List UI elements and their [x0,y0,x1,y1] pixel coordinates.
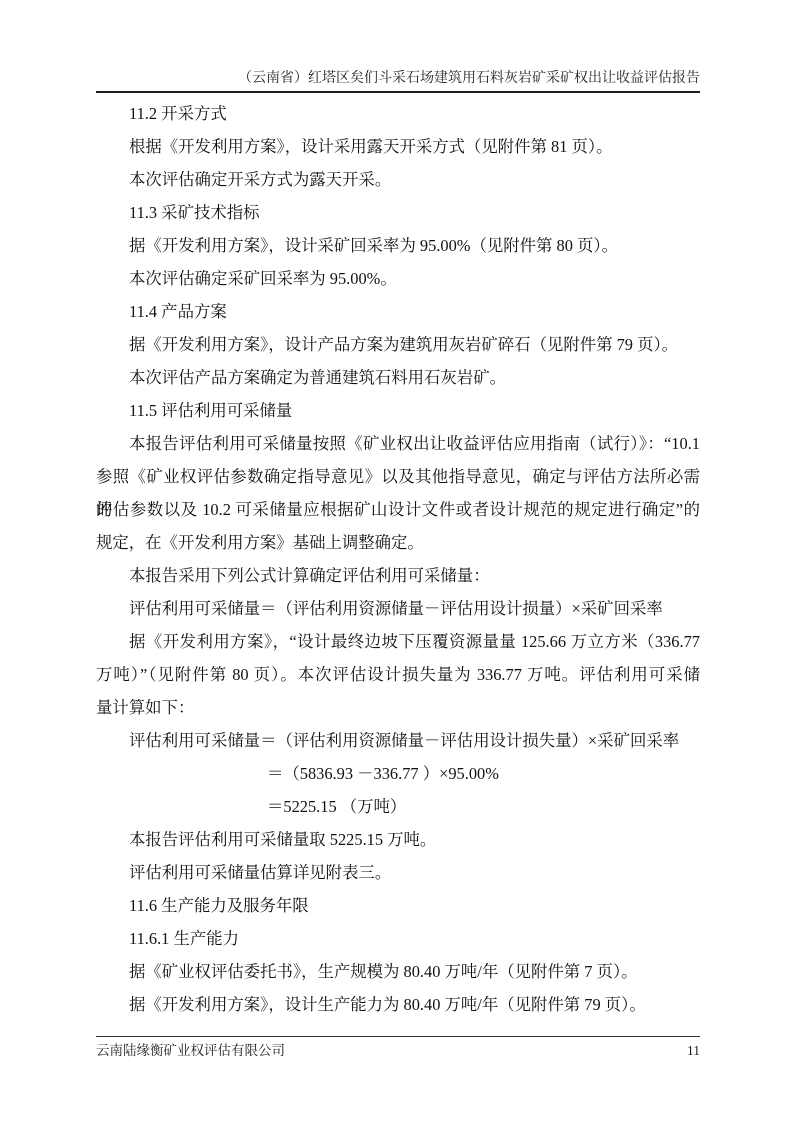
page-header-title: （云南省）红塔区矣们斗采石场建筑用石料灰岩矿采矿权出让收益评估报告 [96,70,700,93]
page-footer: 云南陆缘衡矿业权评估有限公司 11 [96,1036,700,1059]
paragraph-line: 据《开发利用方案》，设计产品方案为建筑用灰岩矿碎石（见附件第 79 页）。 [96,328,700,361]
paragraph-line: 规定，在《开发利用方案》基础上调整确定。 [96,526,700,559]
paragraph-line: 参照《矿业权评估参数确定指导意见》以及其他指导意见，确定与评估方法所必需的 [96,460,700,493]
formula-continuation-line: ＝（5836.93 －336.77 ）×95.00% [96,757,700,790]
document-body: 11.2 开采方式 根据《开发利用方案》，设计采用露天开采方式（见附件第 81 … [96,97,700,1021]
report-page: （云南省）红塔区矣们斗采石场建筑用石料灰岩矿采矿权出让收益评估报告 11.2 开… [0,0,794,1123]
formula-continuation-line: ＝5225.15 （万吨） [96,790,700,823]
footer-company-name: 云南陆缘衡矿业权评估有限公司 [96,1043,285,1059]
paragraph-line: 据《矿业权评估委托书》，生产规模为 80.40 万吨/年（见附件第 7 页）。 [96,955,700,988]
section-heading-11-6: 11.6 生产能力及服务年限 [96,889,700,922]
paragraph-line: 本报告评估利用可采储量按照《矿业权出让收益评估应用指南（试行）》：“10.1 [96,427,700,460]
formula-line: 评估利用可采储量＝（评估利用资源储量－评估用设计损量）×采矿回采率 [96,592,700,625]
section-heading-11-4: 11.4 产品方案 [96,295,700,328]
section-heading-11-6-1: 11.6.1 生产能力 [96,922,700,955]
paragraph-line: 本报告评估利用可采储量取 5225.15 万吨。 [96,823,700,856]
paragraph-line: 本报告采用下列公式计算确定评估利用可采储量： [96,559,700,592]
paragraph-line: 万吨）”（见附件第 80 页）。本次评估设计损失量为 336.77 万吨。评估利… [96,658,700,691]
formula-line: 评估利用可采储量＝（评估利用资源储量－评估用设计损失量）×采矿回采率 [96,724,700,757]
section-heading-11-5: 11.5 评估利用可采储量 [96,394,700,427]
paragraph-line: 据《开发利用方案》，“设计最终边坡下压覆资源量量 125.66 万立方米（336… [96,625,700,658]
paragraph-line: 据《开发利用方案》，设计生产能力为 80.40 万吨/年（见附件第 79 页）。 [96,988,700,1021]
paragraph-line: 评估利用可采储量估算详见附表三。 [96,856,700,889]
paragraph-line: 本次评估确定开采方式为露天开采。 [96,163,700,196]
paragraph-line: 量计算如下： [96,691,700,724]
paragraph-line: 评估参数以及 10.2 可采储量应根据矿山设计文件或者设计规范的规定进行确定”的 [96,493,700,526]
paragraph-line: 据《开发利用方案》，设计采矿回采率为 95.00%（见附件第 80 页）。 [96,229,700,262]
footer-page-number: 11 [687,1043,700,1059]
paragraph-line: 本次评估产品方案确定为普通建筑石料用石灰岩矿。 [96,361,700,394]
paragraph-line: 根据《开发利用方案》，设计采用露天开采方式（见附件第 81 页）。 [96,130,700,163]
paragraph-line: 本次评估确定采矿回采率为 95.00%。 [96,262,700,295]
section-heading-11-3: 11.3 采矿技术指标 [96,196,700,229]
section-heading-11-2: 11.2 开采方式 [96,97,700,130]
